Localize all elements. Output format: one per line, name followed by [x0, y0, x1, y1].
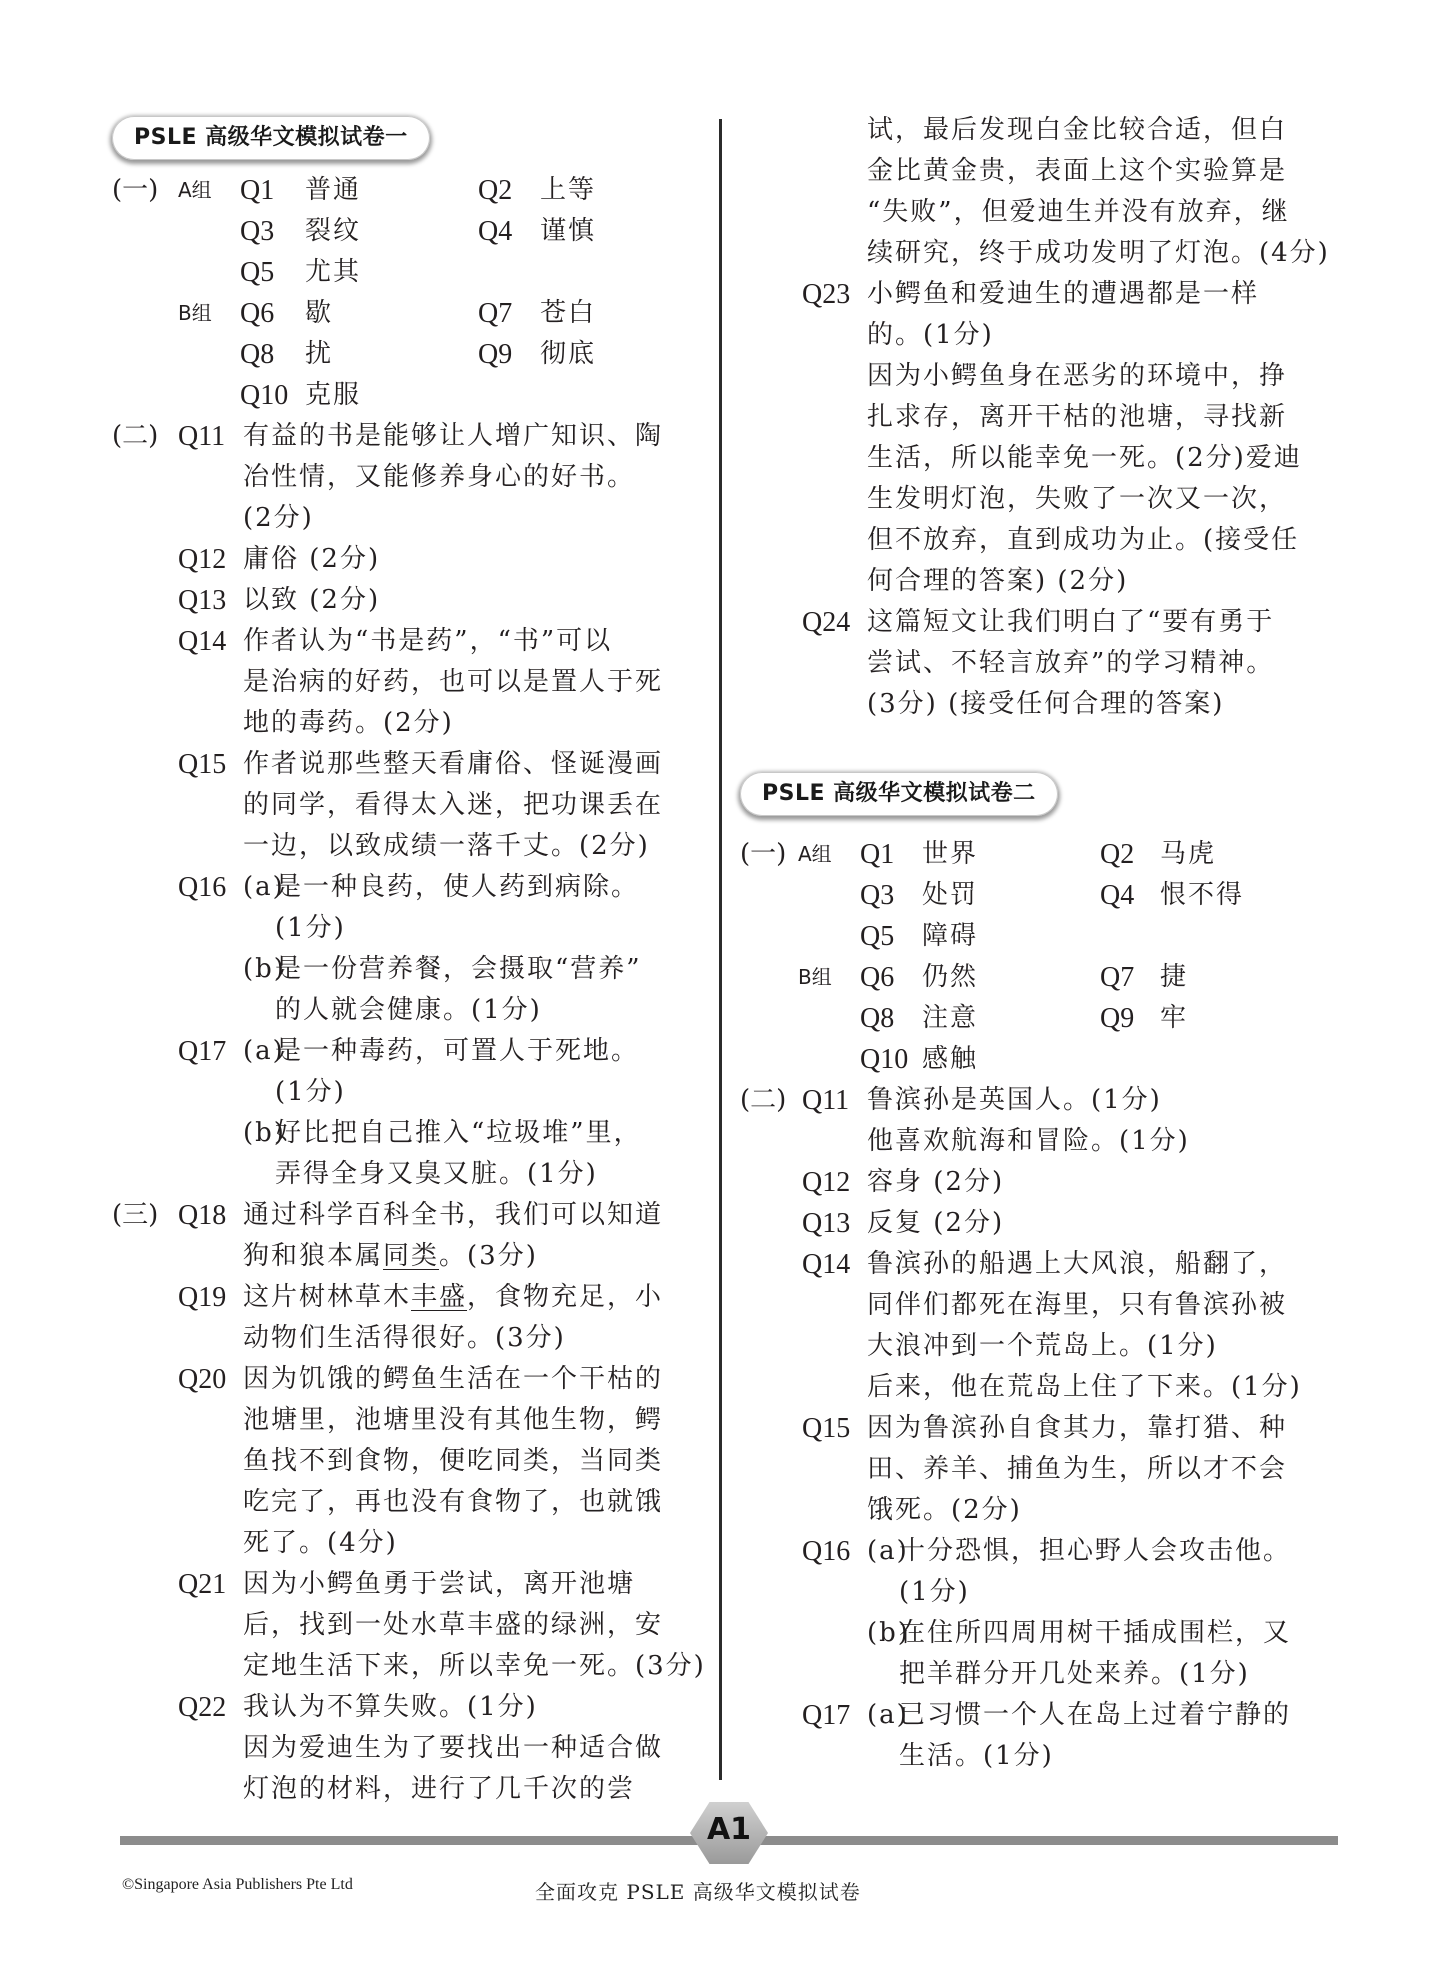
answer-line: 鲁滨孙的船遇上大风浪，船翻了，	[867, 1244, 1287, 1285]
answer-line: 因为小鳄鱼身在恶劣的环境中，挣	[867, 356, 1287, 397]
question-number: Q17	[802, 1695, 850, 1736]
answer-line: 动物们生活得很好。(3分)	[243, 1318, 566, 1359]
page-number: A1	[690, 1812, 768, 1847]
question-number: Q17	[178, 1031, 226, 1072]
answer-line: 因为爱迪生为了要找出一种适合做	[243, 1728, 663, 1769]
section-label: (二)	[112, 416, 158, 457]
answer-text: 克服	[305, 375, 361, 416]
question-number: Q7	[478, 293, 512, 334]
group-a-label: A组	[798, 834, 832, 875]
answer-line: 反复 (2分)	[867, 1203, 1004, 1244]
answer-line: 的。(1分)	[867, 315, 994, 356]
question-number: Q12	[802, 1162, 850, 1203]
question-number: Q3	[240, 211, 274, 252]
answer-line: 生发明灯泡，失败了一次又一次，	[867, 479, 1287, 520]
answer-line: 作者说那些整天看庸俗、怪诞漫画	[243, 744, 663, 785]
section-label: (二)	[740, 1080, 786, 1121]
paper1-title-badge: PSLE 高级华文模拟试卷一	[112, 116, 430, 160]
answer-text: 障碍	[922, 916, 978, 957]
answer-line: 有益的书是能够让人增广知识、陶	[243, 416, 663, 457]
answer-text: 彻底	[540, 334, 596, 375]
group-a-label: A组	[178, 170, 212, 211]
answer-line: 是一种良药，使人药到病除。	[275, 867, 639, 908]
question-number: Q9	[478, 334, 512, 375]
question-number: Q11	[802, 1080, 849, 1121]
answer-text: 感触	[922, 1039, 978, 1080]
question-number: Q12	[178, 539, 226, 580]
answer-line: 吃完了，再也没有食物了，也就饿	[243, 1482, 663, 1523]
question-number: Q22	[178, 1687, 226, 1728]
question-number: Q1	[240, 170, 274, 211]
answer-line: 但不放弃，直到成功为止。(接受任	[867, 520, 1299, 561]
answer-line: (1分)	[899, 1572, 970, 1613]
answer-text: 尤其	[305, 252, 361, 293]
question-number: Q2	[1100, 834, 1134, 875]
column-divider	[719, 119, 722, 1780]
question-number: Q5	[860, 916, 894, 957]
answer-line: 因为饥饿的鳄鱼生活在一个干枯的	[243, 1359, 663, 1400]
text: ，食物充足，小	[467, 1282, 663, 1312]
question-number: Q7	[1100, 957, 1134, 998]
question-number: Q2	[478, 170, 512, 211]
answer-line: 已习惯一个人在岛上过着宁静的	[899, 1695, 1291, 1736]
answer-line: 何合理的答案) (2分)	[867, 561, 1128, 602]
answer-line: 是一种毒药，可置人于死地。	[275, 1031, 639, 1072]
answer-line: 后，找到一处水草丰盛的绿洲，安	[243, 1605, 663, 1646]
answer-line: 鱼找不到食物，便吃同类，当同类	[243, 1441, 663, 1482]
answer-line: 的同学，看得太入迷，把功课丢在	[243, 785, 663, 826]
answer-line: 尝试、不轻言放弃”的学习精神。	[867, 643, 1274, 684]
answer-line: 后来，他在荒岛上住了下来。(1分)	[867, 1367, 1302, 1408]
answer-text: 扰	[305, 334, 333, 375]
question-number: Q16	[802, 1531, 850, 1572]
text: 狗和狼本属	[243, 1241, 383, 1271]
answer-text: 裂纹	[305, 211, 361, 252]
answer-line: 他喜欢航海和冒险。(1分)	[867, 1121, 1190, 1162]
answer-line: 我认为不算失败。(1分)	[243, 1687, 538, 1728]
answer-line: (3分) (接受任何合理的答案)	[867, 684, 1224, 725]
question-number: Q5	[240, 252, 274, 293]
answer-line: 狗和狼本属同类。(3分)	[243, 1236, 538, 1277]
question-number: Q20	[178, 1359, 226, 1400]
answer-text: 牢	[1160, 998, 1188, 1039]
question-number: Q6	[240, 293, 274, 334]
underlined-word: 同类	[383, 1241, 439, 1271]
answer-line: 小鳄鱼和爱迪生的遭遇都是一样	[867, 274, 1259, 315]
answer-text: 上等	[540, 170, 596, 211]
answer-text: 马虎	[1160, 834, 1216, 875]
answer-line: “失败”，但爱迪生并没有放弃，继	[867, 192, 1290, 233]
answer-line: 田、养羊、捕鱼为生，所以才不会	[867, 1449, 1287, 1490]
question-number: Q14	[802, 1244, 850, 1285]
question-number: Q10	[860, 1039, 908, 1080]
answer-line: 地的毒药。(2分)	[243, 703, 454, 744]
answer-line: 生活。(1分)	[899, 1736, 1054, 1777]
answer-line: 试，最后发现白金比较合适，但白	[867, 110, 1287, 151]
answer-line: 定地生活下来，所以幸免一死。(3分)	[243, 1646, 706, 1687]
question-number: Q4	[1100, 875, 1134, 916]
answer-line: 因为小鳄鱼勇于尝试，离开池塘	[243, 1564, 635, 1605]
answer-line: 大浪冲到一个荒岛上。(1分)	[867, 1326, 1218, 1367]
copyright-text: ©Singapore Asia Publishers Pte Ltd	[122, 1876, 353, 1894]
answer-line: 鲁滨孙是英国人。(1分)	[867, 1080, 1162, 1121]
underlined-word: 丰盛	[411, 1282, 467, 1312]
answer-line: 以致 (2分)	[243, 580, 380, 621]
question-number: Q13	[802, 1203, 850, 1244]
answer-line: 庸俗 (2分)	[243, 539, 380, 580]
answer-text: 苍白	[540, 293, 596, 334]
answer-text: 歇	[305, 293, 333, 334]
question-number: Q8	[860, 998, 894, 1039]
answer-line: 弄得全身又臭又脏。(1分)	[275, 1154, 598, 1195]
group-b-label: B组	[178, 293, 212, 334]
question-number: Q14	[178, 621, 226, 662]
question-number: Q18	[178, 1195, 226, 1236]
answer-line: 续研究，终于成功发明了灯泡。(4分)	[867, 233, 1330, 274]
answer-text: 仍然	[922, 957, 978, 998]
text: 这片树林草木	[243, 1282, 411, 1312]
answer-line: (1分)	[275, 908, 346, 949]
answer-text: 普通	[305, 170, 361, 211]
answer-line: 在住所四周用树干插成围栏，又	[899, 1613, 1291, 1654]
answer-line: 生活，所以能幸免一死。(2分)爱迪	[867, 438, 1302, 479]
answer-line: 是一份营养餐，会摄取“营养”	[275, 949, 642, 990]
answer-text: 注意	[922, 998, 978, 1039]
answer-line: 把羊群分开几处来养。(1分)	[899, 1654, 1250, 1695]
answer-line: 这片树林草木丰盛，食物充足，小	[243, 1277, 663, 1318]
answer-text: 捷	[1160, 957, 1188, 998]
text: 。(3分)	[439, 1241, 538, 1271]
question-number: Q10	[240, 375, 288, 416]
paper2-title-badge: PSLE 高级华文模拟试卷二	[740, 772, 1058, 816]
answer-line: 一边，以致成绩一落千丈。(2分)	[243, 826, 650, 867]
question-number: Q9	[1100, 998, 1134, 1039]
question-number: Q16	[178, 867, 226, 908]
answer-line: 因为鲁滨孙自食其力，靠打猎、种	[867, 1408, 1287, 1449]
answer-line: 死了。(4分)	[243, 1523, 398, 1564]
answer-text: 恨不得	[1160, 875, 1244, 916]
question-number: Q24	[802, 602, 850, 643]
answer-line: 的人就会健康。(1分)	[275, 990, 542, 1031]
answer-line: 同伴们都死在海里，只有鲁滨孙被	[867, 1285, 1287, 1326]
answer-line: 灯泡的材料，进行了几千次的尝	[243, 1769, 635, 1810]
answer-line: 这篇短文让我们明白了“要有勇于	[867, 602, 1274, 643]
answer-line: 容身 (2分)	[867, 1162, 1004, 1203]
answer-line: 好比把自己推入“垃圾堆”里，	[275, 1113, 642, 1154]
answer-line: 饿死。(2分)	[867, 1490, 1022, 1531]
section-label: (一)	[112, 170, 158, 211]
answer-line: 冶性情，又能修养身心的好书。	[243, 457, 635, 498]
question-number: Q4	[478, 211, 512, 252]
answer-line: 作者认为“书是药”，“书”可以	[243, 621, 612, 662]
answer-line: (2分)	[243, 498, 314, 539]
answer-line: 十分恐惧，担心野人会攻击他。	[899, 1531, 1291, 1572]
question-number: Q15	[178, 744, 226, 785]
page-number-badge: A1	[690, 1802, 768, 1864]
question-number: Q8	[240, 334, 274, 375]
answer-line: 是治病的好药，也可以是置人于死	[243, 662, 663, 703]
answer-line: 通过科学百科全书，我们可以知道	[243, 1195, 663, 1236]
answer-key-page: PSLE 高级华文模拟试卷一 (一) A组 Q1 普通 Q2 上等 Q3 裂纹 …	[0, 0, 1445, 1974]
question-number: Q6	[860, 957, 894, 998]
question-number: Q11	[178, 416, 225, 457]
answer-line: 池塘里，池塘里没有其他生物，鳄	[243, 1400, 663, 1441]
answer-text: 谨慎	[540, 211, 596, 252]
book-title: 全面攻克 PSLE 高级华文模拟试卷	[535, 1876, 861, 1905]
section-label: (三)	[112, 1195, 158, 1236]
answer-text: 处罚	[922, 875, 978, 916]
answer-text: 世界	[922, 834, 978, 875]
question-number: Q1	[860, 834, 894, 875]
question-number: Q13	[178, 580, 226, 621]
question-number: Q21	[178, 1564, 226, 1605]
group-b-label: B组	[798, 957, 832, 998]
answer-line: 金比黄金贵，表面上这个实验算是	[867, 151, 1287, 192]
question-number: Q15	[802, 1408, 850, 1449]
question-number: Q3	[860, 875, 894, 916]
question-number: Q23	[802, 274, 850, 315]
question-number: Q19	[178, 1277, 226, 1318]
answer-line: 扎求存，离开干枯的池塘，寻找新	[867, 397, 1287, 438]
section-label: (一)	[740, 834, 786, 875]
answer-line: (1分)	[275, 1072, 346, 1113]
